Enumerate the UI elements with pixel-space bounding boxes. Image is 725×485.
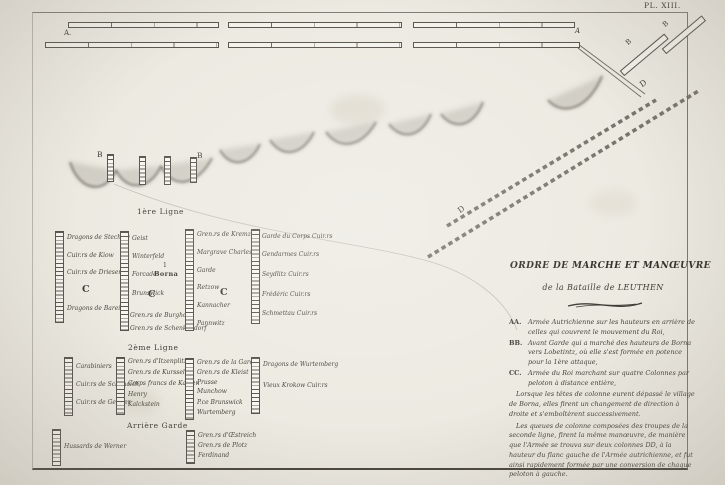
- unit-label: Geist: [132, 236, 148, 243]
- unit-label: Pannwitz: [197, 321, 225, 328]
- label-a-left: A.: [64, 29, 71, 37]
- unit-label: Gren.rs d'Œstreich: [198, 433, 256, 440]
- troop-column-strip: [107, 154, 114, 182]
- unit-label: Henry: [128, 392, 147, 399]
- austrian-line-bar: [68, 22, 219, 28]
- label-b-col-right: B: [197, 151, 203, 160]
- village-number: 1: [163, 262, 167, 269]
- troop-column-strip: [251, 229, 260, 324]
- legend-item-aa: AA. Armée Autrichienne sur les hauteurs …: [509, 318, 696, 338]
- troop-column-strip: [120, 231, 129, 331]
- map-subtitle: de la Bataille de LEUTHEN: [510, 283, 696, 292]
- label-c2: C: [148, 289, 156, 300]
- heading-ligne2: 2ème Ligne: [128, 343, 179, 352]
- map-title: ORDRE DE MARCHE ET MANŒUVRE: [510, 261, 696, 271]
- legend-key-bb: BB.: [509, 339, 522, 349]
- troop-column-strip: [139, 156, 146, 185]
- troop-column-strip: [64, 357, 73, 416]
- unit-label: Gren.rs de Schenkendorf: [130, 326, 206, 333]
- legend-key-cc: CC.: [509, 369, 522, 379]
- unit-label: P.ce Brunswick: [197, 400, 243, 407]
- unit-label: Schmettau Cuir.rs: [262, 311, 317, 318]
- unit-label: Forcade: [132, 272, 157, 279]
- legend-block: AA. Armée Autrichienne sur les hauteurs …: [509, 318, 696, 480]
- troop-column-strip: [116, 357, 125, 415]
- unit-label: Cuir.rs de Driesen: [67, 270, 122, 277]
- unit-label: Dragons de Bareith: [67, 306, 126, 313]
- unit-label: Gendarmes Cuir.rs: [262, 252, 319, 259]
- unit-label: Prusse: [197, 380, 217, 387]
- heading-ligne1: 1ère Ligne: [137, 207, 184, 216]
- austrian-line-bar: [228, 22, 402, 28]
- unit-label: Carabiniers: [76, 364, 112, 371]
- unit-label: Frédéric Cuir.rs: [262, 292, 310, 299]
- plate-number: PL. XIII.: [644, 1, 704, 10]
- unit-label: Kannacher: [197, 303, 230, 310]
- unit-label: Seydlitz Cuir.rs: [262, 272, 309, 279]
- austrian-line-bar: [228, 42, 402, 48]
- legend-text-bb: Avant Garde qui a marché des hauteurs de…: [528, 339, 691, 367]
- heading-arriere-garde: Arrière Garde: [127, 421, 188, 430]
- troop-column-strip: [185, 358, 194, 420]
- unit-label: Ferdinand: [198, 453, 229, 460]
- troop-column-strip: [190, 157, 197, 183]
- unit-label: Cuir.rs de Kiow: [67, 253, 114, 260]
- unit-label: Margrave Charles: [197, 250, 252, 257]
- legend-key-aa: AA.: [509, 318, 521, 328]
- austrian-line-bar: [45, 42, 219, 48]
- legend-item-cc: CC. Armée du Roi marchant sur quatre Col…: [509, 369, 696, 389]
- troop-column-strip: [251, 357, 260, 414]
- unit-label: Garde du Corps Cuir.rs: [262, 234, 333, 241]
- austrian-line-bar: [413, 42, 580, 48]
- unit-label: Gren.rs de Burghoff: [130, 313, 191, 320]
- legend-paragraph: Lorsque les têtes de colonne eurent dépa…: [509, 390, 696, 419]
- troop-column-strip: [186, 430, 195, 464]
- label-c1: C: [82, 284, 90, 295]
- troop-column-strip: [52, 429, 61, 466]
- unit-label: Gren.rs de Kleist: [197, 370, 249, 377]
- troop-column-strip: [55, 231, 64, 323]
- unit-label: Dragons de Wurtemberg: [263, 362, 338, 369]
- unit-label: Garde: [197, 268, 216, 275]
- unit-label: Gren.rs de la Garde: [197, 360, 257, 367]
- unit-label: Wurtemberg: [197, 410, 235, 417]
- unit-label: Kalckstein: [128, 402, 160, 409]
- label-c3: C: [220, 287, 228, 298]
- unit-label: Gren.rs d'Itzenplitz: [128, 359, 187, 366]
- legend-item-bb: BB. Avant Garde qui a marché des hauteur…: [509, 339, 696, 368]
- unit-label: Retzow: [197, 285, 219, 292]
- troop-column-strip: [164, 156, 171, 185]
- unit-label: Vieux Krokow Cuir.rs: [263, 383, 328, 390]
- legend-paragraph: Les queues de colonne composées des trou…: [509, 422, 696, 481]
- unit-label: Gren.rs de Plotz: [198, 443, 247, 450]
- village-name: Borna: [154, 270, 178, 278]
- legend-text-aa: Armée Autrichienne sur les hauteurs en a…: [528, 318, 695, 336]
- unit-label: Hussards de Werner: [64, 444, 126, 451]
- unit-label: Gren.rs de Kurssel: [128, 370, 185, 377]
- legend-text-cc: Armée du Roi marchant sur quatre Colonne…: [528, 369, 689, 387]
- label-b-col-left: B: [97, 150, 103, 159]
- engraved-battle-plan: PL. XIII.: [0, 0, 725, 485]
- troop-column-strip: [185, 229, 194, 331]
- unit-label: Munchow: [197, 389, 227, 396]
- austrian-line-bar: [413, 22, 575, 28]
- label-a-right: A: [575, 27, 580, 35]
- unit-label: Winterfeld: [132, 254, 164, 261]
